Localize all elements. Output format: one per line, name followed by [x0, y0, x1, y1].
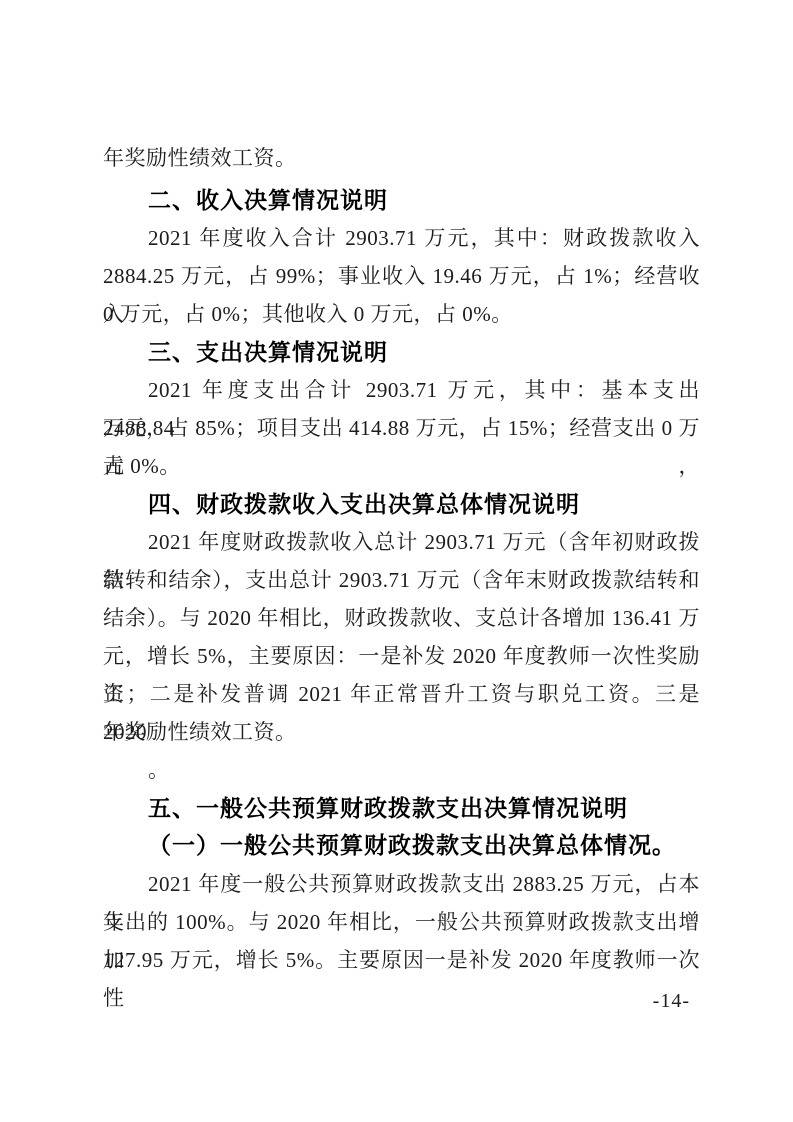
paragraph-line: 127.95 万元，增长 5%。主要原因一是补发 2020 年度教师一次性	[103, 941, 700, 979]
paragraph-line: 年奖励性绩效工资。	[103, 713, 700, 751]
paragraph-line: 2884.25 万元，占 99%；事业收入 19.46 万元，占 1%；经营收入	[103, 257, 700, 295]
paragraph-line: 2021 年度财政拨款收入总计 2903.71 万元（含年初财政拨款	[103, 523, 700, 561]
section-heading-fiscal-appropriation: 四、财政拨款收入支出决算总体情况说明	[103, 485, 700, 523]
paragraph-line: 资；二是补发普调 2021 年正常晋升工资与职兑工资。三是 2020	[103, 675, 700, 713]
paragraph-line: 2021 年度收入合计 2903.71 万元，其中：财政拨款收入	[103, 219, 700, 257]
paragraph-line: 0 万元，占 0%；其他收入 0 万元，占 0%。	[103, 295, 700, 333]
page-number: -14-	[653, 990, 690, 1013]
document-body: 年奖励性绩效工资。 二、收入决算情况说明 2021 年度收入合计 2903.71…	[103, 139, 700, 979]
subsection-heading-overall-situation: （一）一般公共预算财政拨款支出决算总体情况。	[103, 827, 700, 865]
section-heading-expenditure: 三、支出决算情况说明	[103, 333, 700, 371]
paragraph-line: 元，增长 5%，主要原因：一是补发 2020 年度教师一次性奖励工	[103, 637, 700, 675]
paragraph-line: 万元，占 85%；项目支出 414.88 万元，占 15%；经营支出 0 万元，	[103, 409, 700, 447]
stray-punctuation-line: 。	[103, 751, 700, 789]
paragraph-line: 结余）。与 2020 年相比，财政拨款收、支总计各增加 136.41 万	[103, 599, 700, 637]
section-heading-general-public-budget: 五、一般公共预算财政拨款支出决算情况说明	[103, 789, 700, 827]
paragraph-line: 支出的 100%。与 2020 年相比，一般公共预算财政拨款支出增加	[103, 903, 700, 941]
intro-line: 年奖励性绩效工资。	[103, 139, 700, 177]
paragraph-line: 结转和结余），支出总计 2903.71 万元（含年末财政拨款结转和	[103, 561, 700, 599]
paragraph-line: 2021 年度支出合计 2903.71 万元，其中：基本支出 2488.84	[103, 371, 700, 409]
document-page: 年奖励性绩效工资。 二、收入决算情况说明 2021 年度收入合计 2903.71…	[0, 0, 793, 1122]
paragraph-line: 2021 年度一般公共预算财政拨款支出 2883.25 万元，占本年	[103, 865, 700, 903]
section-heading-income: 二、收入决算情况说明	[103, 181, 700, 219]
